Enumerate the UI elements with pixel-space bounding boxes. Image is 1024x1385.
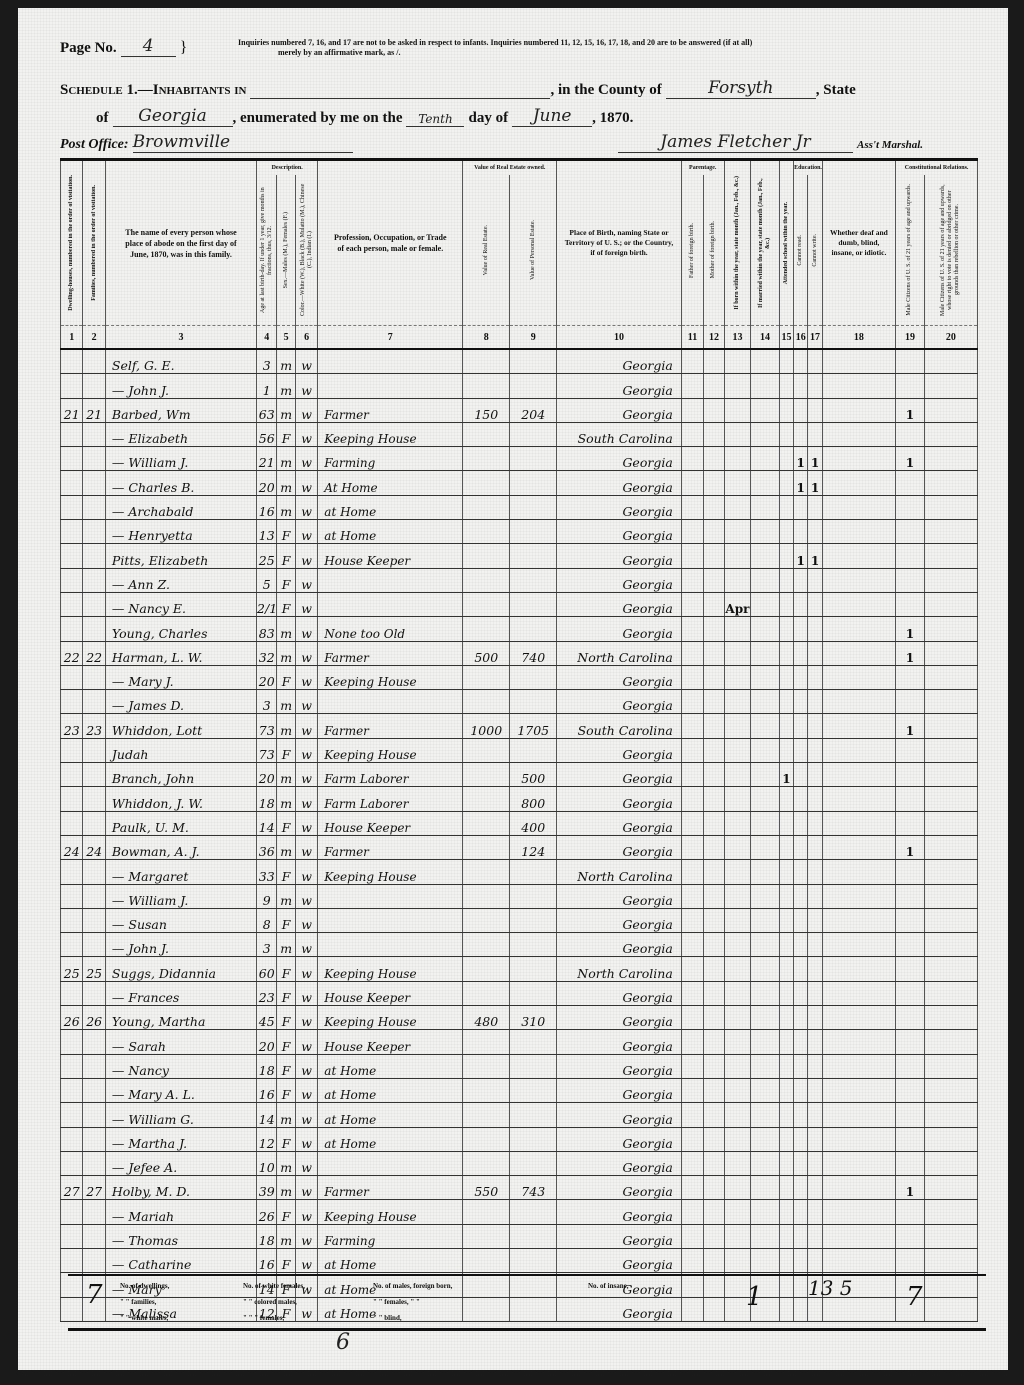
- father-foreign: [681, 981, 703, 1005]
- mother-foreign: [704, 1054, 724, 1078]
- father-foreign: [681, 349, 703, 374]
- age: 20: [257, 665, 277, 689]
- deaf-blind-insane: [822, 1078, 896, 1102]
- attended-school: [779, 495, 793, 519]
- vote-denied: [924, 835, 977, 859]
- sex: m: [277, 1224, 295, 1248]
- cannot-read: [794, 1127, 808, 1151]
- cannot-read: 1: [794, 447, 808, 471]
- color: w: [295, 641, 317, 665]
- real-estate-value: [463, 957, 510, 981]
- real-estate-value: [463, 981, 510, 1005]
- sex: m: [277, 787, 295, 811]
- born-within-year: [724, 763, 751, 787]
- mother-foreign: [704, 1078, 724, 1102]
- male-citizen-21: [896, 908, 925, 932]
- color: w: [295, 665, 317, 689]
- marshal-line: James Fletcher Jr Ass't Marshal.: [618, 132, 923, 153]
- age: 32: [257, 641, 277, 665]
- census-row: 2727— Frances23FwHouse KeeperGeorgia: [61, 981, 978, 1005]
- dwelling-number: 2424: [61, 908, 83, 932]
- occupation: Farmer: [318, 1176, 463, 1200]
- sex: F: [277, 1006, 295, 1030]
- male-citizen-21: [896, 981, 925, 1005]
- birthplace: Georgia: [557, 398, 682, 422]
- male-citizen-21: [896, 422, 925, 446]
- person-name: — Nancy E.: [105, 592, 256, 616]
- attended-school: [779, 1176, 793, 1200]
- born-within-year: [724, 1151, 751, 1175]
- census-row: 28282626Young, Martha45FwKeeping House48…: [61, 1006, 978, 1030]
- occupation: House Keeper: [318, 981, 463, 1005]
- census-row: 3636— Mariah26FwKeeping HouseGeorgia: [61, 1200, 978, 1224]
- dwelling-number: 2727: [61, 981, 83, 1005]
- cannot-read: [794, 1006, 808, 1030]
- sex: F: [277, 1054, 295, 1078]
- age: 12: [257, 1127, 277, 1151]
- census-row: 3232— William G.14mwat HomeGeorgia: [61, 1103, 978, 1127]
- deaf-blind-insane: [822, 1224, 896, 1248]
- occupation: House Keeper: [318, 544, 463, 568]
- tally-col-16-17: 13 5: [808, 1276, 853, 1300]
- birthplace: Georgia: [557, 908, 682, 932]
- family-number: [83, 933, 105, 957]
- personal-estate-value: [510, 957, 557, 981]
- census-page: Page No. 4 } Inquiries numbered 7, 16, a…: [18, 8, 1008, 1370]
- cannot-read: [794, 811, 808, 835]
- real-estate-value: 1000: [463, 714, 510, 738]
- age: 18: [257, 787, 277, 811]
- person-name: Young, Martha: [105, 1006, 256, 1030]
- sex: F: [277, 422, 295, 446]
- deaf-blind-insane: [822, 544, 896, 568]
- cannot-write: [808, 1078, 822, 1102]
- cannot-read: [794, 495, 808, 519]
- month-field: June: [512, 106, 592, 127]
- occupation: Keeping House: [318, 1200, 463, 1224]
- dwelling-number: 3321: [61, 398, 83, 422]
- dwelling-number: 1414: [61, 665, 83, 689]
- dwelling-number: 3030: [61, 1054, 83, 1078]
- inquiry-notice: Inquiries numbered 7, 16, and 17 are not…: [238, 38, 978, 58]
- census-rows: 11Self, G. E.3mwGeorgia22— John J.1mwGeo…: [61, 349, 978, 1321]
- census-row: 1919Whiddon, J. W.18mwFarm Laborer800Geo…: [61, 787, 978, 811]
- census-row: 3434— Jefee A.10mwGeorgia: [61, 1151, 978, 1175]
- real-estate-value: [463, 447, 510, 471]
- birthplace: Georgia: [557, 617, 682, 641]
- vote-denied: [924, 641, 977, 665]
- real-estate-value: [463, 520, 510, 544]
- vote-denied: [924, 471, 977, 495]
- occupation: [318, 568, 463, 592]
- deaf-blind-insane: [822, 471, 896, 495]
- attended-school: [779, 1200, 793, 1224]
- cannot-read: [794, 981, 808, 1005]
- attended-school: [779, 908, 793, 932]
- deaf-blind-insane: [822, 568, 896, 592]
- vote-denied: [924, 908, 977, 932]
- dwelling-number: 212124: [61, 835, 83, 859]
- page-label: Page No.: [60, 40, 117, 56]
- male-citizen-21: [896, 568, 925, 592]
- male-citizen-21: [896, 374, 925, 398]
- sex: m: [277, 884, 295, 908]
- occupation: [318, 374, 463, 398]
- birthplace: Georgia: [557, 1248, 682, 1272]
- sex: m: [277, 398, 295, 422]
- married-within-year: [751, 787, 780, 811]
- families-label: " " families,: [120, 1298, 156, 1306]
- person-name: — Ann Z.: [105, 568, 256, 592]
- married-within-year: [751, 447, 780, 471]
- cannot-write: [808, 763, 822, 787]
- birthplace: South Carolina: [557, 422, 682, 446]
- family-number: [83, 1078, 105, 1102]
- real-estate-value: [463, 1151, 510, 1175]
- born-within-year: [724, 884, 751, 908]
- occupation: at Home: [318, 1127, 463, 1151]
- col-13-header: If born within the year, state month (Ja…: [724, 160, 751, 326]
- cannot-write: 1: [808, 471, 822, 495]
- age: 9: [257, 884, 277, 908]
- mother-foreign: [704, 349, 724, 374]
- person-name: — Sarah: [105, 1030, 256, 1054]
- sex: F: [277, 665, 295, 689]
- person-name: — William J.: [105, 884, 256, 908]
- color: w: [295, 690, 317, 714]
- cannot-write: [808, 1200, 822, 1224]
- cannot-read: [794, 714, 808, 738]
- blind-label: " " blind,: [373, 1314, 402, 1322]
- dwelling-number: 1111: [61, 592, 83, 616]
- age: 18: [257, 1224, 277, 1248]
- personal-estate-value: [510, 520, 557, 544]
- male-citizen-21: [896, 349, 925, 374]
- color: w: [295, 520, 317, 544]
- birthplace: Georgia: [557, 1078, 682, 1102]
- real-estate-value: [463, 690, 510, 714]
- mother-foreign: [704, 1006, 724, 1030]
- male-citizen-21: 1: [896, 835, 925, 859]
- deaf-blind-insane: [822, 422, 896, 446]
- census-row: 66— Charles B.20mwAt HomeGeorgia11: [61, 471, 978, 495]
- schedule-line: Schedule 1.—Inhabitants in , in the Coun…: [60, 78, 856, 99]
- mother-foreign: [704, 1200, 724, 1224]
- married-within-year: [751, 860, 780, 884]
- father-foreign: [681, 1176, 703, 1200]
- real-estate-value: [463, 908, 510, 932]
- married-within-year: [751, 835, 780, 859]
- deaf-blind-insane: [822, 592, 896, 616]
- real-estate-value: [463, 1200, 510, 1224]
- occupation: at Home: [318, 1078, 463, 1102]
- dwelling-number: 99: [61, 544, 83, 568]
- age: 20: [257, 763, 277, 787]
- cannot-write: [808, 1248, 822, 1272]
- cannot-write: [808, 349, 822, 374]
- sex: F: [277, 520, 295, 544]
- page-summary: 7 No. of dwellings, " " families, " " wh…: [68, 1274, 986, 1331]
- mother-foreign: [704, 787, 724, 811]
- sex: m: [277, 1151, 295, 1175]
- father-foreign: [681, 908, 703, 932]
- person-name: — Henryetta: [105, 520, 256, 544]
- vote-denied: [924, 665, 977, 689]
- personal-estate-value: [510, 665, 557, 689]
- mother-foreign: [704, 957, 724, 981]
- family-number: 27: [83, 1176, 105, 1200]
- census-row: 22— John J.1mwGeorgia: [61, 374, 978, 398]
- census-row: 55— William J.21mwFarmingGeorgia111: [61, 447, 978, 471]
- occupation: [318, 908, 463, 932]
- cannot-read: [794, 1030, 808, 1054]
- real-estate-value: [463, 1054, 510, 1078]
- dwelling-number: 44: [61, 422, 83, 446]
- father-foreign: [681, 1103, 703, 1127]
- color: w: [295, 617, 317, 641]
- sex: F: [277, 811, 295, 835]
- family-number: [83, 787, 105, 811]
- deaf-blind-insane: [822, 1151, 896, 1175]
- attended-school: [779, 884, 793, 908]
- mother-foreign: [704, 1176, 724, 1200]
- col-16-header: Cannot read.: [794, 175, 808, 326]
- sex: F: [277, 1248, 295, 1272]
- married-within-year: [751, 1078, 780, 1102]
- occupation: at Home: [318, 1248, 463, 1272]
- schedule-label: Schedule 1.—Inhabitants in: [60, 82, 246, 98]
- cannot-read: [794, 398, 808, 422]
- personal-estate-value: [510, 1103, 557, 1127]
- father-foreign: [681, 860, 703, 884]
- father-foreign: [681, 1200, 703, 1224]
- person-name: — Margaret: [105, 860, 256, 884]
- sex: m: [277, 495, 295, 519]
- vote-denied: [924, 884, 977, 908]
- person-name: Suggs, Didannia: [105, 957, 256, 981]
- father-foreign: [681, 592, 703, 616]
- mother-foreign: [704, 763, 724, 787]
- cannot-write: [808, 1151, 822, 1175]
- color: w: [295, 811, 317, 835]
- age: 56: [257, 422, 277, 446]
- cannot-read: [794, 1200, 808, 1224]
- birthplace: Georgia: [557, 495, 682, 519]
- family-number: [83, 520, 105, 544]
- male-citizen-21: [896, 1103, 925, 1127]
- cannot-write: [808, 738, 822, 762]
- age: 5: [257, 568, 277, 592]
- born-within-year: [724, 471, 751, 495]
- age: 25: [257, 544, 277, 568]
- personal-estate-value: [510, 1078, 557, 1102]
- father-foreign: [681, 690, 703, 714]
- birthplace: North Carolina: [557, 957, 682, 981]
- age: 26: [257, 1200, 277, 1224]
- person-name: Harman, L. W.: [105, 641, 256, 665]
- vote-denied: [924, 933, 977, 957]
- mother-foreign: [704, 447, 724, 471]
- occupation: Keeping House: [318, 422, 463, 446]
- person-name: — William G.: [105, 1103, 256, 1127]
- col-5-header: Sex.—Males (M.), Females (F.): [277, 175, 295, 326]
- color: w: [295, 714, 317, 738]
- real-estate-value: [463, 1078, 510, 1102]
- mother-foreign: [704, 422, 724, 446]
- deaf-blind-insane: [822, 738, 896, 762]
- birthplace: Georgia: [557, 738, 682, 762]
- person-name: Whiddon, J. W.: [105, 787, 256, 811]
- person-name: — James D.: [105, 690, 256, 714]
- age: 23: [257, 981, 277, 1005]
- personal-estate-value: 204: [510, 398, 557, 422]
- dwelling-number: 1818: [61, 763, 83, 787]
- census-row: 3030— Nancy18Fwat HomeGeorgia: [61, 1054, 978, 1078]
- birthplace: Georgia: [557, 568, 682, 592]
- col-6-header: Color.—White (W.), Black (B.), Mulatto (…: [295, 175, 317, 326]
- cannot-read: [794, 592, 808, 616]
- col-7-header: Profession, Occupation, or Trade of each…: [318, 160, 463, 326]
- born-within-year: [724, 690, 751, 714]
- person-name: — Mariah: [105, 1200, 256, 1224]
- born-within-year: [724, 1030, 751, 1054]
- family-number: [83, 544, 105, 568]
- person-name: — John J.: [105, 374, 256, 398]
- real-estate-value: [463, 665, 510, 689]
- census-row: 3131— Mary A. L.16Fwat HomeGeorgia: [61, 1078, 978, 1102]
- person-name: Paulk, U. M.: [105, 811, 256, 835]
- real-estate-value: [463, 349, 510, 374]
- color: w: [295, 349, 317, 374]
- married-within-year: [751, 471, 780, 495]
- real-estate-value: 550: [463, 1176, 510, 1200]
- tally-col-19: 7: [906, 1282, 923, 1312]
- cannot-write: [808, 568, 822, 592]
- attended-school: 1: [779, 763, 793, 787]
- family-number: [83, 1103, 105, 1127]
- birthplace: Georgia: [557, 1224, 682, 1248]
- father-foreign: [681, 933, 703, 957]
- birthplace: Georgia: [557, 811, 682, 835]
- dwelling-number: 2020: [61, 811, 83, 835]
- born-within-year: [724, 641, 751, 665]
- attended-school: [779, 544, 793, 568]
- birthplace: Georgia: [557, 1176, 682, 1200]
- color: w: [295, 787, 317, 811]
- person-name: — Charles B.: [105, 471, 256, 495]
- dwelling-number: 2525: [61, 933, 83, 957]
- family-number: 26: [83, 1006, 105, 1030]
- parentage-group-header: Parentage.: [681, 160, 724, 176]
- occupation: at Home: [318, 1103, 463, 1127]
- color: w: [295, 544, 317, 568]
- census-row: 1414— Mary J.20FwKeeping HouseGeorgia: [61, 665, 978, 689]
- male-citizen-21: [896, 957, 925, 981]
- occupation: At Home: [318, 471, 463, 495]
- white-males-label: " " white males,: [120, 1314, 168, 1322]
- attended-school: [779, 835, 793, 859]
- census-row: 1111— Nancy E.2/12FwGeorgiaApr: [61, 592, 978, 616]
- age: 16: [257, 1078, 277, 1102]
- age: 45: [257, 1006, 277, 1030]
- married-within-year: [751, 884, 780, 908]
- census-row: 88— Henryetta13Fwat HomeGeorgia: [61, 520, 978, 544]
- mother-foreign: [704, 1248, 724, 1272]
- color: w: [295, 981, 317, 1005]
- mother-foreign: [704, 520, 724, 544]
- census-row: 99Pitts, Elizabeth25FwHouse KeeperGeorgi…: [61, 544, 978, 568]
- family-number: [83, 1054, 105, 1078]
- cannot-read: [794, 860, 808, 884]
- occupation: Keeping House: [318, 957, 463, 981]
- age: 36: [257, 835, 277, 859]
- male-citizen-21: [896, 665, 925, 689]
- vote-denied: [924, 592, 977, 616]
- family-number: [83, 422, 105, 446]
- mother-foreign: [704, 884, 724, 908]
- dwelling-number: 1919: [61, 787, 83, 811]
- deaf-blind-insane: [822, 617, 896, 641]
- mother-foreign: [704, 1151, 724, 1175]
- deaf-blind-insane: [822, 714, 896, 738]
- deaf-blind-insane: [822, 763, 896, 787]
- mother-foreign: [704, 641, 724, 665]
- married-within-year: [751, 1176, 780, 1200]
- occupation: at Home: [318, 520, 463, 544]
- color: w: [295, 1127, 317, 1151]
- dwelling-number: 131322: [61, 641, 83, 665]
- age: 3: [257, 349, 277, 374]
- value-group-header: Value of Real Estate owned.: [463, 160, 557, 176]
- vote-denied: [924, 374, 977, 398]
- mother-foreign: [704, 471, 724, 495]
- census-row: 2020Paulk, U. M.14FwHouse Keeper400Georg…: [61, 811, 978, 835]
- vote-denied: [924, 860, 977, 884]
- father-foreign: [681, 1078, 703, 1102]
- census-row: 77— Archabald16mwat HomeGeorgia: [61, 495, 978, 519]
- occupation: Farmer: [318, 835, 463, 859]
- cannot-write: [808, 1224, 822, 1248]
- father-foreign: [681, 884, 703, 908]
- cannot-read: [794, 422, 808, 446]
- census-row: 11Self, G. E.3mwGeorgia: [61, 349, 978, 374]
- sex: F: [277, 592, 295, 616]
- cannot-write: 1: [808, 544, 822, 568]
- family-number: [83, 349, 105, 374]
- dwelling-number: 66: [61, 471, 83, 495]
- personal-estate-value: [510, 374, 557, 398]
- color: w: [295, 398, 317, 422]
- born-within-year: [724, 1127, 751, 1151]
- vote-denied: [924, 422, 977, 446]
- family-number: 25: [83, 957, 105, 981]
- cannot-read: [794, 1078, 808, 1102]
- birthplace: Georgia: [557, 1054, 682, 1078]
- mother-foreign: [704, 860, 724, 884]
- born-within-year: [724, 617, 751, 641]
- vote-denied: [924, 957, 977, 981]
- family-number: [83, 690, 105, 714]
- father-foreign: [681, 787, 703, 811]
- age: 2/12: [257, 592, 277, 616]
- census-row: 3838— Catharine16Fwat HomeGeorgia: [61, 1248, 978, 1272]
- vote-denied: [924, 1176, 977, 1200]
- occupation: [318, 884, 463, 908]
- male-citizen-21: 1: [896, 714, 925, 738]
- attended-school: [779, 811, 793, 835]
- col-14-header: If married within the year, state month …: [751, 160, 780, 326]
- occupation: at Home: [318, 495, 463, 519]
